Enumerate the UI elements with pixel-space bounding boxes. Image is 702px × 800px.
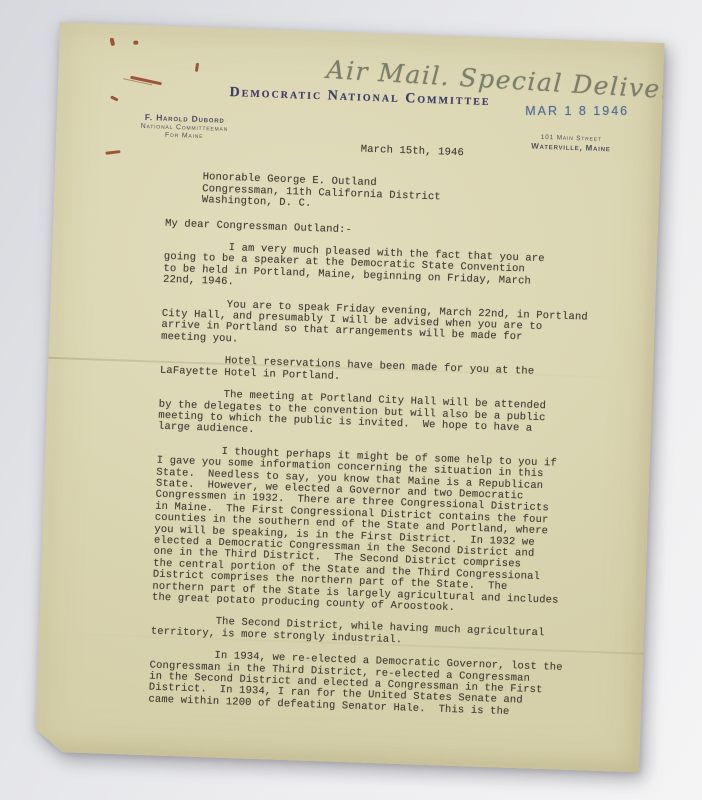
letter-body: March 15th, 1946 Honorable George E. Out… xyxy=(36,22,664,723)
photo-background: Air Mail. Special Delivery Democratic Na… xyxy=(0,0,702,800)
paragraph: I am very much pleased with the fact tha… xyxy=(163,241,602,302)
paragraph: You are to speak Friday evening, March 2… xyxy=(161,297,600,358)
paragraph: The meeting at Portland City Hall will b… xyxy=(158,388,597,449)
paragraph: The Second District, while having much a… xyxy=(151,615,590,653)
letter-paper-shadow: Air Mail. Special Delivery Democratic Na… xyxy=(60,22,665,752)
paragraph: In 1934, we re-elected a Democratic Gove… xyxy=(148,649,588,721)
letter-date: March 15th, 1946 xyxy=(361,145,661,167)
paragraph: I thought perhaps it might be of some he… xyxy=(152,444,595,619)
letter-paper: Air Mail. Special Delivery Democratic Na… xyxy=(35,22,665,773)
recipient-address: Honorable George E. Outland Congressman,… xyxy=(202,172,660,222)
paragraph: Hotel reservations have been made for yo… xyxy=(160,354,599,392)
